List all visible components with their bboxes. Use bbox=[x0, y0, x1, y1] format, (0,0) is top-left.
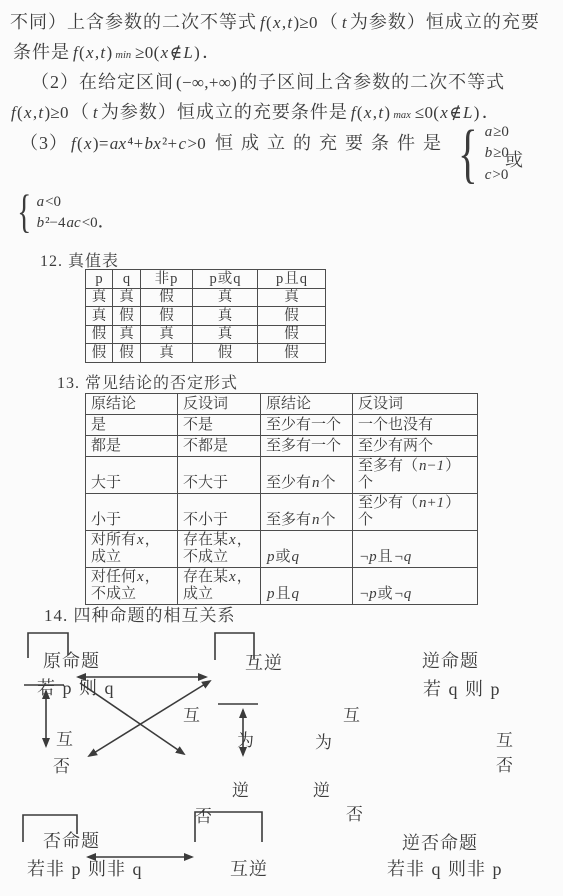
formula-fragment: f(x)=ax⁴+bx²+c>0 bbox=[70, 134, 206, 154]
table-cell: 至多有（n−1）个 bbox=[353, 457, 478, 494]
text-fragment: ． bbox=[202, 38, 221, 64]
intro-line-4: f(x,t)≥0（t为参数）恒成立的充要条件是f(x,t)max≤0(x∉L)． bbox=[8, 98, 501, 124]
intro-line-5-text: （3）f(x)=ax⁴+bx²+c>0恒成立的充要条件是 bbox=[20, 129, 449, 155]
mutual-negation-left-char-1: 互 bbox=[56, 730, 74, 750]
table-cell: 不是 bbox=[178, 415, 261, 436]
text-fragment: ． bbox=[482, 98, 501, 124]
mutual-converse-top-label: 互逆 bbox=[245, 653, 283, 674]
table-cell: 存在某x， 不成立 bbox=[178, 531, 261, 568]
table-cell: 对所有x， 成立 bbox=[86, 531, 178, 568]
table-cell: 至少有（n+1）个 bbox=[353, 494, 478, 531]
converse-proposition-label: 逆命题 bbox=[422, 651, 479, 672]
converse-proposition-formula: 若 q 则 p bbox=[423, 679, 502, 700]
text-fragment: 不同）上含参数的二次不等式 bbox=[10, 8, 257, 34]
text-fragment: 为参数）恒成立的充要条件是 bbox=[101, 98, 348, 124]
text-fragment: （2）在给定区间 bbox=[31, 68, 174, 94]
subscript: min bbox=[115, 50, 131, 61]
table-header-row: pq非pp或qp且q bbox=[86, 270, 326, 289]
table-cell: p或q bbox=[261, 531, 353, 568]
table-cell: 假 bbox=[86, 344, 113, 363]
text-fragment: （ bbox=[320, 8, 339, 34]
table-cell: 真 bbox=[141, 344, 193, 363]
condition-brace-1: {a≥0b≥0c>0 bbox=[452, 122, 509, 186]
brace-group: {a<0b²−4ac<0 bbox=[13, 192, 98, 235]
table-cell: 一个也没有 bbox=[353, 415, 478, 436]
table-row: 假真真真假 bbox=[86, 325, 326, 344]
table-cell: 真 bbox=[193, 325, 258, 344]
table-cell: 假 bbox=[113, 344, 141, 363]
contrapositive-proposition-formula: 若非 q 则非 p bbox=[387, 859, 504, 880]
original-proposition-label: 原命题 bbox=[43, 651, 100, 672]
table-cell: 假 bbox=[193, 344, 258, 363]
table-cell: 至多有一个 bbox=[261, 436, 353, 457]
text-fragment: 条件是 bbox=[13, 38, 70, 64]
table-cell: p且q bbox=[261, 568, 353, 605]
left-brace: { bbox=[458, 126, 478, 182]
table-row: 是不是至少有一个一个也没有 bbox=[86, 415, 478, 436]
table-row: 假假真假假 bbox=[86, 344, 326, 363]
table-cell: 存在某x， 成立 bbox=[178, 568, 261, 605]
truth-table: pq非pp或qp且q真真假真真真假假真假假真真真假假假真假假 bbox=[85, 269, 326, 363]
table-row: 大于不大于至少有n个至多有（n−1）个 bbox=[86, 457, 478, 494]
table-row: 小于不小于至多有n个至少有（n+1）个 bbox=[86, 494, 478, 531]
text-fragment: 或 bbox=[505, 150, 524, 170]
header-cell: p或q bbox=[193, 270, 258, 289]
mutual-negation-right-char-1: 互 bbox=[496, 731, 514, 751]
mutual-negation-left-char-2: 否 bbox=[53, 757, 71, 777]
table-cell: 假 bbox=[141, 307, 193, 326]
header-cell: 原结论 bbox=[86, 394, 178, 415]
section-14-title: 14. 四种命题的相互关系 bbox=[44, 601, 236, 626]
formula-fragment: f(x,t) bbox=[72, 43, 112, 63]
mutual-negation-right-char-2: 否 bbox=[496, 756, 514, 776]
negation-forms-table: 原结论反设词原结论反设词是不是至少有一个一个也没有都是不都是至多有一个至少有两个… bbox=[85, 393, 478, 605]
header-cell: 反设词 bbox=[353, 394, 478, 415]
table-cell: 至少有n个 bbox=[261, 457, 353, 494]
text-fragment: 的子区间上含参数的二次不等式 bbox=[239, 68, 505, 94]
table-cell: 真 bbox=[86, 307, 113, 326]
text-fragment: （3） bbox=[20, 129, 68, 155]
table-cell: 至少有一个 bbox=[261, 415, 353, 436]
brace-line: a<0 bbox=[36, 192, 98, 213]
table-cell: 真 bbox=[193, 288, 258, 307]
formula-fragment: f(x,t)≥0 bbox=[10, 103, 69, 123]
formula-fragment: t bbox=[341, 13, 348, 33]
table-cell: 至多有n个 bbox=[261, 494, 353, 531]
table-cell: 都是 bbox=[86, 436, 178, 457]
original-proposition-formula: 若 p 则 q bbox=[37, 678, 116, 699]
brace-group: {a≥0b≥0c>0 bbox=[452, 122, 509, 186]
formula-fragment: t bbox=[92, 103, 99, 123]
table-cell: ¬p且¬q bbox=[353, 531, 478, 568]
section-12-title: 12. 真值表 bbox=[40, 248, 119, 271]
intro-line-2: 条件是f(x,t)min≥0(x∉L)． bbox=[13, 38, 221, 64]
table-row: 真真假真真 bbox=[86, 288, 326, 307]
table-cell: 真 bbox=[86, 288, 113, 307]
contrapositive-b-char-wei: 为 bbox=[315, 733, 333, 753]
contrapositive-proposition-label: 逆否命题 bbox=[402, 833, 478, 854]
table-cell: 假 bbox=[141, 288, 193, 307]
table-cell: 假 bbox=[258, 344, 326, 363]
condition-brace-2: {a<0b²−4ac<0． bbox=[13, 192, 117, 235]
text-fragment: 为参数）恒成立的充要 bbox=[350, 8, 540, 34]
contrapositive-b-char-fou: 否 bbox=[346, 805, 364, 825]
contrapositive-a-char-fou: 否 bbox=[195, 807, 213, 827]
table-cell: 大于 bbox=[86, 457, 178, 494]
contrapositive-a-char-wei: 为 bbox=[237, 731, 255, 751]
formula-fragment: f(x,t)≥0 bbox=[259, 13, 318, 33]
table-row: 对所有x， 成立存在某x， 不成立p或q¬p且¬q bbox=[86, 531, 478, 568]
header-cell: q bbox=[113, 270, 141, 289]
contrapositive-a-char-hu: 互 bbox=[183, 706, 201, 726]
table-row: 真假假真假 bbox=[86, 307, 326, 326]
text-fragment: ． bbox=[98, 211, 117, 231]
negative-proposition-formula: 若非 p 则非 q bbox=[27, 859, 144, 880]
or-connective: 或 bbox=[505, 146, 524, 172]
mutual-converse-bottom-label: 互逆 bbox=[230, 859, 268, 880]
header-cell: 反设词 bbox=[178, 394, 261, 415]
table-cell: 是 bbox=[86, 415, 178, 436]
header-cell: p且q bbox=[258, 270, 326, 289]
formula-fragment: (−∞,+∞) bbox=[176, 73, 237, 93]
table-cell: 不小于 bbox=[178, 494, 261, 531]
contrapositive-a-char-ni: 逆 bbox=[232, 781, 250, 801]
brace-line: a≥0 bbox=[484, 122, 509, 143]
table-cell: 假 bbox=[258, 325, 326, 344]
table-cell: 小于 bbox=[86, 494, 178, 531]
text-fragment: 恒成立的充要条件是 bbox=[215, 129, 449, 155]
formula-fragment: ≥0(x∉L) bbox=[135, 43, 200, 63]
table-cell: 对任何x， 不成立 bbox=[86, 568, 178, 605]
left-brace: { bbox=[17, 193, 31, 233]
header-cell: p bbox=[86, 270, 113, 289]
intro-line-3: （2）在给定区间(−∞,+∞)的子区间上含参数的二次不等式 bbox=[31, 68, 505, 94]
contrapositive-b-char-hu: 互 bbox=[343, 706, 361, 726]
table-cell: 不都是 bbox=[178, 436, 261, 457]
table-cell: 真 bbox=[141, 325, 193, 344]
table-cell: ¬p或¬q bbox=[353, 568, 478, 605]
brace-line: b²−4ac<0 bbox=[36, 213, 98, 234]
table-cell: 不大于 bbox=[178, 457, 261, 494]
header-cell: 原结论 bbox=[261, 394, 353, 415]
table-cell: 真 bbox=[193, 307, 258, 326]
negative-proposition-label: 否命题 bbox=[43, 831, 100, 852]
header-cell: 非p bbox=[141, 270, 193, 289]
table-cell: 假 bbox=[86, 325, 113, 344]
table-row: 都是不都是至多有一个至少有两个 bbox=[86, 436, 478, 457]
table-row: 对任何x， 不成立存在某x， 成立p且q¬p或¬q bbox=[86, 568, 478, 605]
table-cell: 至少有两个 bbox=[353, 436, 478, 457]
table-cell: 真 bbox=[113, 288, 141, 307]
section-13-title: 13. 常见结论的否定形式 bbox=[57, 370, 238, 393]
formula-fragment: f(x,t) bbox=[350, 103, 390, 123]
subscript: max bbox=[393, 110, 411, 121]
scanned-math-notes-page: 不同）上含参数的二次不等式f(x,t)≥0（t为参数）恒成立的充要 条件是f(x… bbox=[0, 0, 563, 896]
contrapositive-b-char-ni: 逆 bbox=[313, 781, 331, 801]
table-cell: 真 bbox=[113, 325, 141, 344]
table-cell: 假 bbox=[113, 307, 141, 326]
table-header-row: 原结论反设词原结论反设词 bbox=[86, 394, 478, 415]
table-cell: 真 bbox=[258, 288, 326, 307]
intro-line-1: 不同）上含参数的二次不等式f(x,t)≥0（t为参数）恒成立的充要 bbox=[10, 8, 540, 34]
table-cell: 假 bbox=[258, 307, 326, 326]
text-fragment: （ bbox=[71, 98, 90, 124]
four-propositions-diagram: 原命题若 p 则 q互逆逆命题若 q 则 p互否互为逆否互为逆否互否否命题若非 … bbox=[0, 627, 563, 896]
